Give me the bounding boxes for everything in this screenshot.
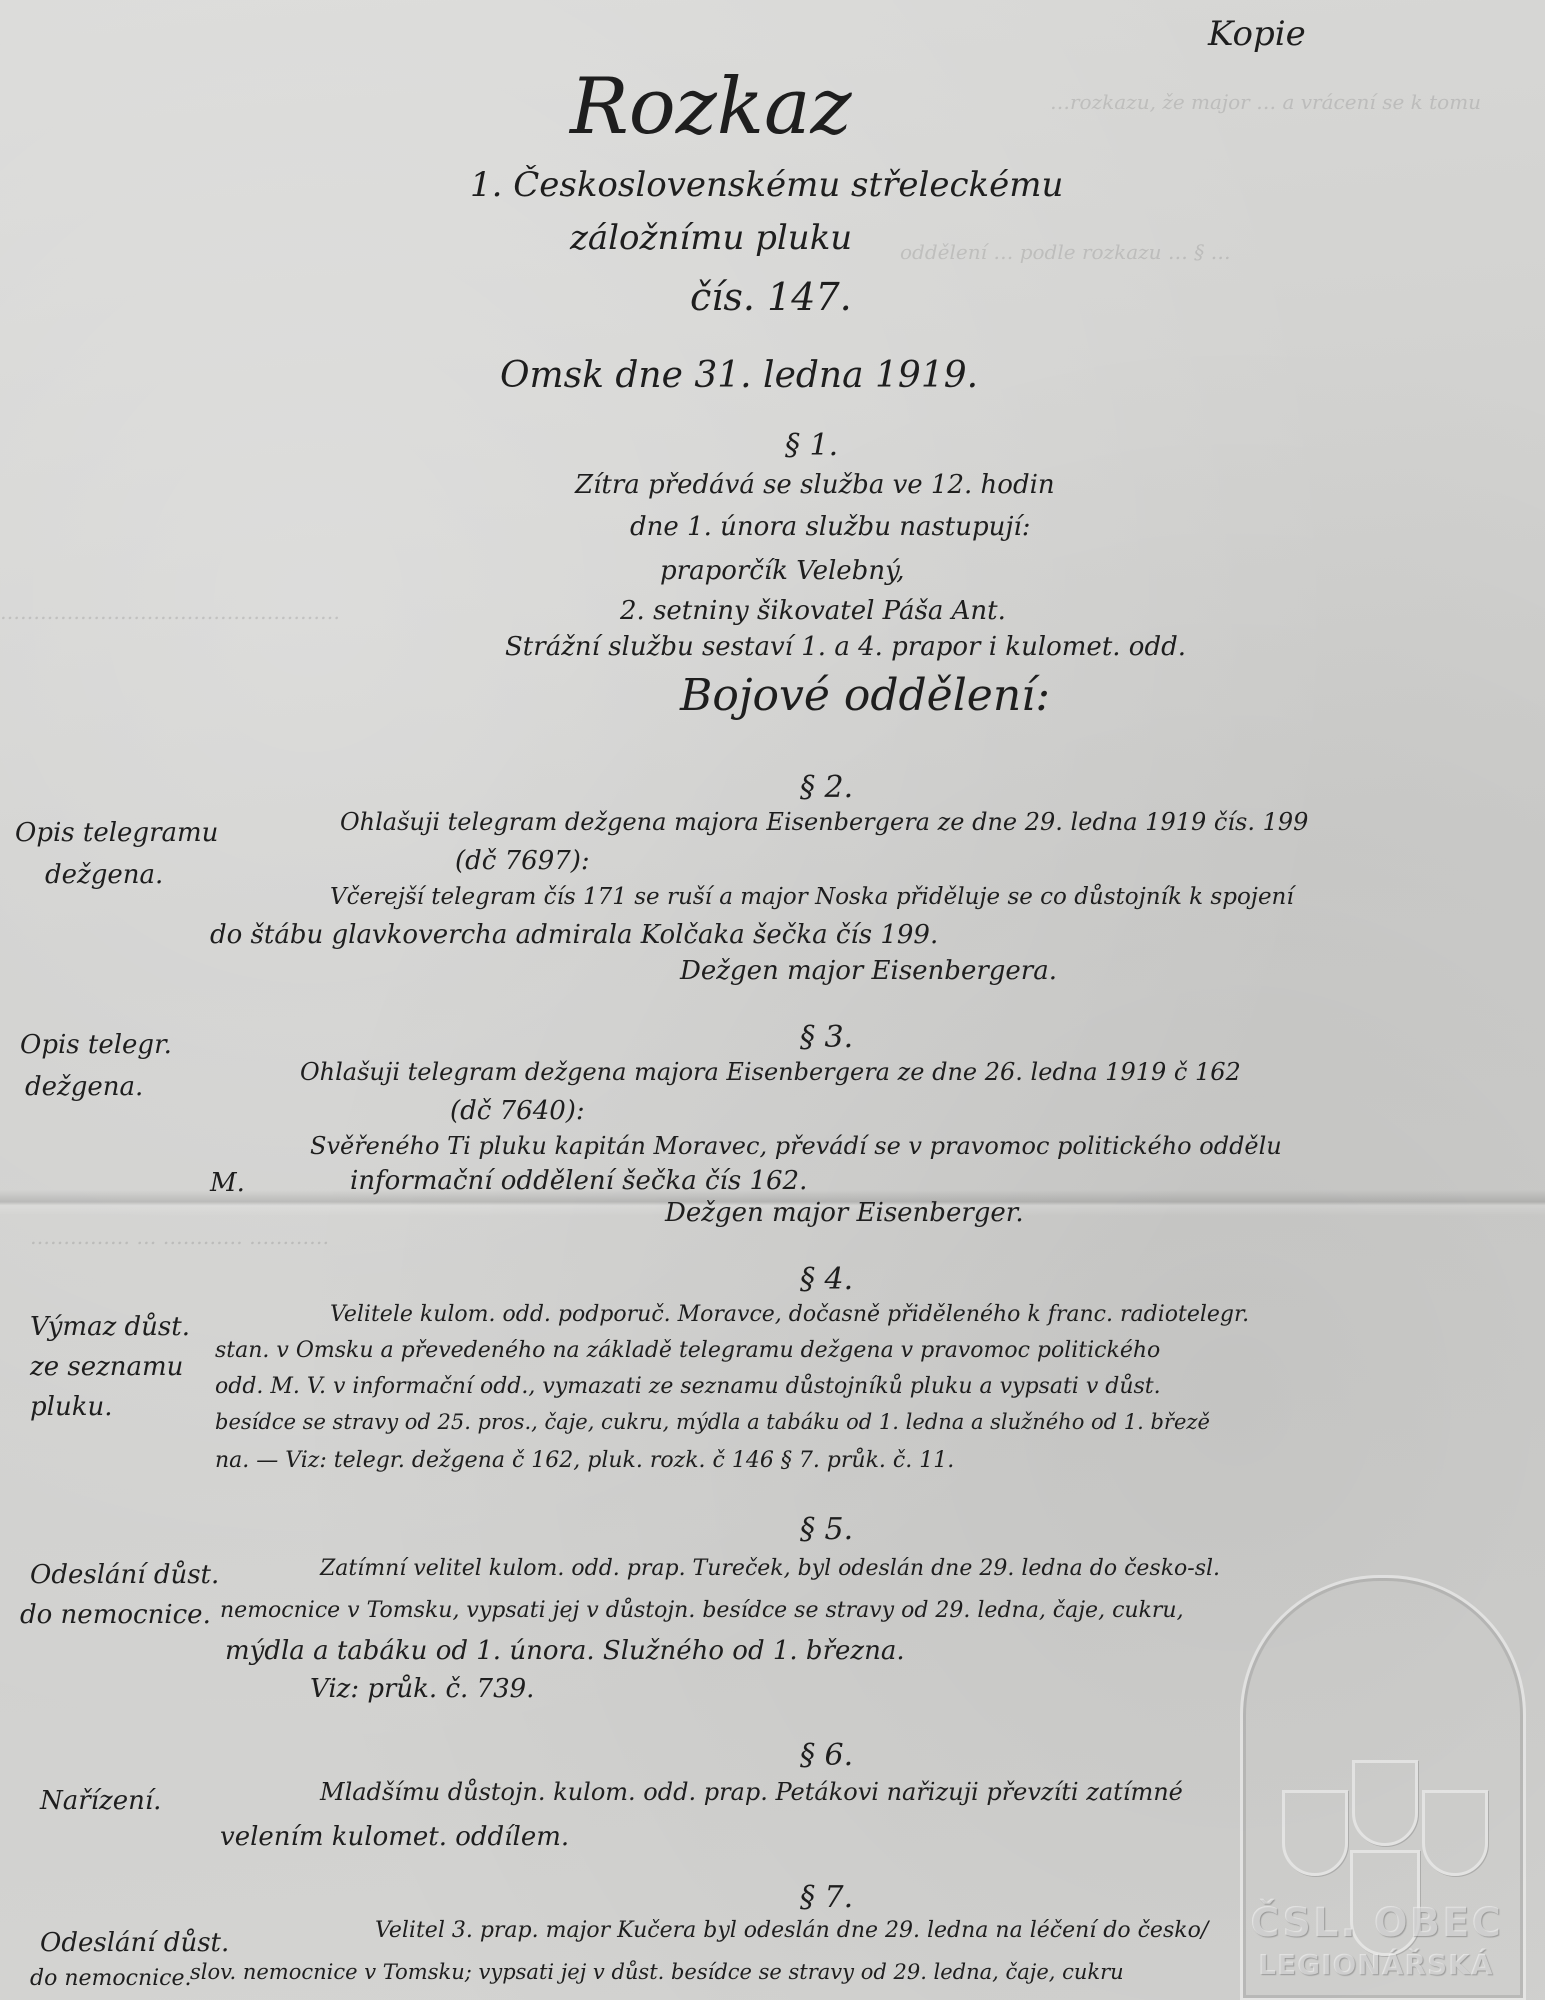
section-4-line: odd. M. V. v informační odd., vymazati z… [215,1374,1161,1399]
section-2-heading: § 2. [800,770,853,805]
document-page: …rozkazu, že major … a vrácení se k tomu… [0,0,1545,2000]
division-heading: Bojové oddělení: [680,670,1050,721]
section-3-heading: § 3. [800,1020,853,1055]
section-6-line: velením kulomet. oddílem. [220,1822,569,1852]
section-3-line: Svěřeného Ti pluku kapitán Moravec, přev… [310,1132,1282,1160]
section-1-line: Zítra předává se služba ve 12. hodin [575,470,1055,500]
watermark-text: LEGIONÁŘSKÁ [1258,1948,1493,1981]
section-2-margin-note: dežgena. [45,860,163,890]
section-7-margin-note: do nemocnice. [30,1966,191,1991]
section-7-margin-note: Odeslání důst. [40,1928,229,1958]
section-6-margin-note: Nařízení. [40,1786,161,1816]
copy-mark: Kopie [1208,14,1306,54]
section-4-line: Velitele kulom. odd. podporuč. Moravce, … [330,1302,1249,1327]
section-2-line: do štábu glavkovercha admirala Kolčaka š… [210,920,938,950]
section-4-line: besídce se stravy od 25. pros., čaje, cu… [215,1410,1210,1434]
section-2-line: Ohlašuji telegram dežgena majora Eisenbe… [340,808,1308,836]
section-5-line: Viz: průk. č. 739. [310,1674,534,1704]
section-4-margin-note: pluku. [30,1392,112,1422]
section-7-line: slov. nemocnice v Tomsku; vypsati jej v … [190,1960,1124,1984]
section-5-line: mýdla a tabáku od 1. února. Služného od … [225,1636,905,1666]
section-4-heading: § 4. [800,1262,853,1297]
section-2-margin-note: Opis telegramu [15,818,218,848]
section-1-line: dne 1. února službu nastupují: [630,512,1031,542]
bleed-through-text: oddělení … podle rozkazu … § … [900,240,1231,264]
order-number: čís. 147. [690,275,852,319]
coat-of-arms-shield-icon [1282,1790,1348,1876]
section-3-line: (dč 7640): [450,1096,585,1126]
document-subtitle-line2: záložnímu pluku [570,218,852,258]
bleed-through-text: …………………………………………… [0,600,340,624]
section-3-margin-note: dežgena. [25,1072,143,1102]
section-2-line: Dežgen major Eisenbergera. [680,956,1057,986]
section-7-heading: § 7. [800,1880,853,1915]
section-2-line: (dč 7697): [455,846,590,876]
coat-of-arms-shield-icon [1352,1760,1418,1846]
section-4-margin-note: Výmaz důst. [30,1312,190,1342]
section-5-line: Zatímní velitel kulom. odd. prap. Tureče… [320,1556,1220,1581]
section-1-line: Strážní službu sestaví 1. a 4. prapor i … [505,632,1186,662]
section-2-line: Včerejší telegram čís 171 se ruší a majo… [330,884,1294,910]
section-3-line: Dežgen major Eisenberger. [665,1198,1024,1228]
section-5-margin-note: do nemocnice. [20,1600,211,1630]
section-4-margin-note: ze seznamu [30,1352,183,1382]
section-7-line: Velitel 3. prap. major Kučera byl odeslá… [375,1918,1208,1943]
section-4-line: na. — Viz: telegr. dežgena č 162, pluk. … [215,1448,954,1473]
place-date: Omsk dne 31. ledna 1919. [500,355,978,396]
section-5-line: nemocnice v Tomsku, vypsati jej v důstoj… [220,1598,1184,1623]
bleed-through-text: …rozkazu, že major … a vrácení se k tomu [1050,90,1481,114]
section-1-line: 2. setniny šikovatel Páša Ant. [620,596,1006,626]
section-5-heading: § 5. [800,1512,853,1547]
section-3-line: informační oddělení šečka čís 162. [350,1166,807,1196]
section-4-line: stan. v Omsku a převedeného na základě t… [215,1338,1160,1363]
section-6-heading: § 6. [800,1738,853,1773]
watermark-text: ČSL. OBEC [1250,1900,1503,1946]
section-6-line: Mladšímu důstojn. kulom. odd. prap. Petá… [320,1778,1183,1806]
coat-of-arms-shield-icon [1422,1790,1488,1876]
section-3-line: Ohlašuji telegram dežgena majora Eisenbe… [300,1058,1241,1086]
section-1-heading: § 1. [785,428,838,463]
section-1-line: praporčík Velebný, [660,556,905,586]
section-3-margin-note: Opis telegr. [20,1030,172,1060]
section-3-side-mark: M. [210,1168,245,1198]
bleed-through-text: …………… … ………… ………… [30,1225,329,1249]
document-subtitle-line1: 1. Československému střeleckému [470,165,1063,205]
document-title: Rozkaz [570,62,852,152]
section-5-margin-note: Odeslání důst. [30,1560,219,1590]
